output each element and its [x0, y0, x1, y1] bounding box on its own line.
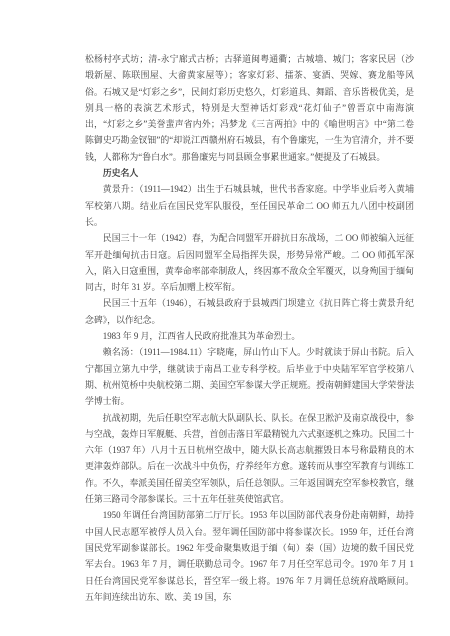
paragraph-martyr-1983: 1983 年 9 月，江西省人民政府批准其为革命烈士。: [85, 328, 414, 344]
document-page: 松杨村亭式坊；清-永宁廊式古桥；古驿道闽粤通衢；古城墙、城门；客家民居（沙塅新屋…: [0, 0, 450, 636]
paragraph-huang-jingsheng-1942: 民国三十一年（1942）春，为配合同盟军开辟抗日东战场，二 OO 师被编入远征军…: [85, 230, 414, 295]
section-heading-historical-figures: 历史名人: [85, 165, 414, 181]
paragraph-lai-mingtang-taiwan-career: 1950 年调任台湾国防部第二厅厅长。1953 年以国防部代表身份赴南朝鲜，劫持…: [85, 507, 414, 605]
document-body: 松杨村亭式坊；清-永宁廊式古桥；古驿道闽粤通衢；古城墙、城门；客家民居（沙塅新屋…: [85, 51, 414, 605]
paragraph-huang-jingsheng-intro: 黄景升：（1911—1942）出生于石城县城，世代书香家庭。中学毕业后考入黄埔军…: [85, 181, 414, 230]
paragraph-folk-culture-continuation: 松杨村亭式坊；清-永宁廊式古桥；古驿道闽粤通衢；古城墙、城门；客家民居（沙塅新屋…: [85, 51, 414, 165]
paragraph-huang-jingsheng-memorial: 民国三十五年（1946），石城县政府于县城西门坝建立《抗日阵亡将士黄景升纪念碑》…: [85, 295, 414, 328]
paragraph-lai-mingtang-war-career: 抗战初期，先后任职空军志航大队副队长、队长。在保卫淞沪及南京战役中，参与空战，轰…: [85, 410, 414, 508]
paragraph-lai-mingtang-intro: 赖名汤：（1911—1984.11）字晓庵，屏山竹山下人。少时就读于屏山书院。后…: [85, 344, 414, 409]
